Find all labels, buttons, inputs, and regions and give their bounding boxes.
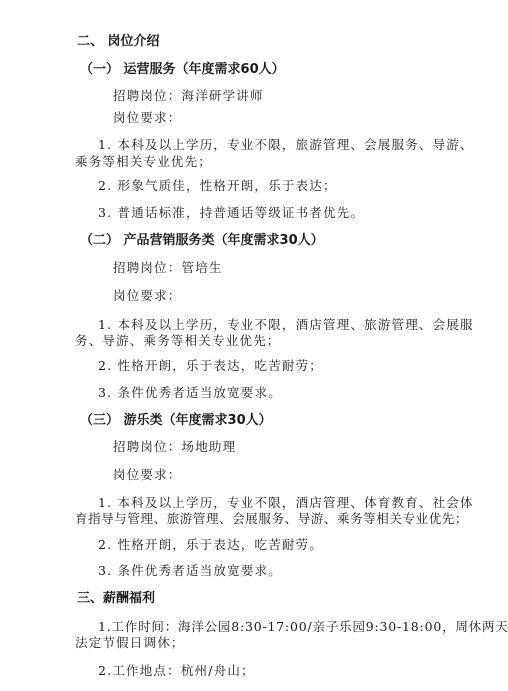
benefit-item: 1.工作时间：海洋公园8:30-17:00/亲子乐园9:30-18:00，周休两…	[98, 619, 508, 635]
requirements-label: 岗位要求：	[113, 467, 182, 483]
requirement-item: 1. 本科及以上学历，专业不限，酒店管理、旅游管理、会展服	[98, 317, 474, 333]
benefit-item-continued: 法定节假日调休；	[75, 635, 185, 651]
requirements-label: 岗位要求：	[113, 110, 182, 126]
position-title: 招聘岗位：管培生	[113, 260, 223, 276]
group-heading-marketing: （二） 产品营销服务类（年度需求30人）	[80, 233, 324, 249]
requirements-label: 岗位要求：	[113, 288, 182, 304]
requirement-item: 2. 形象气质佳，性格开朗，乐于表达；	[98, 178, 337, 194]
benefit-item: 2.工作地点：杭州/舟山；	[98, 663, 255, 679]
group-heading-amusement: （三） 游乐类（年度需求30人）	[80, 413, 272, 429]
requirement-item: 2. 性格开朗，乐于表达，吃苦耐劳；	[98, 358, 323, 374]
requirement-item: 3. 普通话标准，持普通话等级证书者优先。	[98, 205, 364, 221]
requirement-item: 1. 本科及以上学历，专业不限，酒店管理、体育教育、社会体	[98, 495, 474, 511]
position-title: 招聘岗位：场地助理	[113, 439, 236, 455]
section-title-compensation: 三、薪酬福利	[77, 591, 155, 607]
group-heading-operations: （一） 运营服务（年度需求60人）	[80, 62, 285, 78]
requirement-item-continued: 育指导与管理、旅游管理、会展服务、导游、乘务等相关专业优先；	[75, 511, 468, 527]
section-title-job-intro: 二、 岗位介绍	[77, 34, 160, 50]
requirement-item: 3. 条件优秀者适当放宽要求。	[98, 563, 282, 579]
requirement-item: 2. 性格开朗，乐于表达，吃苦耐劳。	[98, 537, 323, 553]
requirement-item: 1. 本科及以上学历，专业不限，旅游管理、会展服务、导游、	[98, 137, 474, 153]
requirement-item-continued: 务、导游、乘务等相关专业优先；	[75, 333, 281, 349]
position-title: 招聘岗位：海洋研学讲师	[113, 88, 264, 104]
requirement-item: 3. 条件优秀者适当放宽要求。	[98, 385, 282, 401]
requirement-item-continued: 乘务等相关专业优先；	[75, 154, 212, 170]
